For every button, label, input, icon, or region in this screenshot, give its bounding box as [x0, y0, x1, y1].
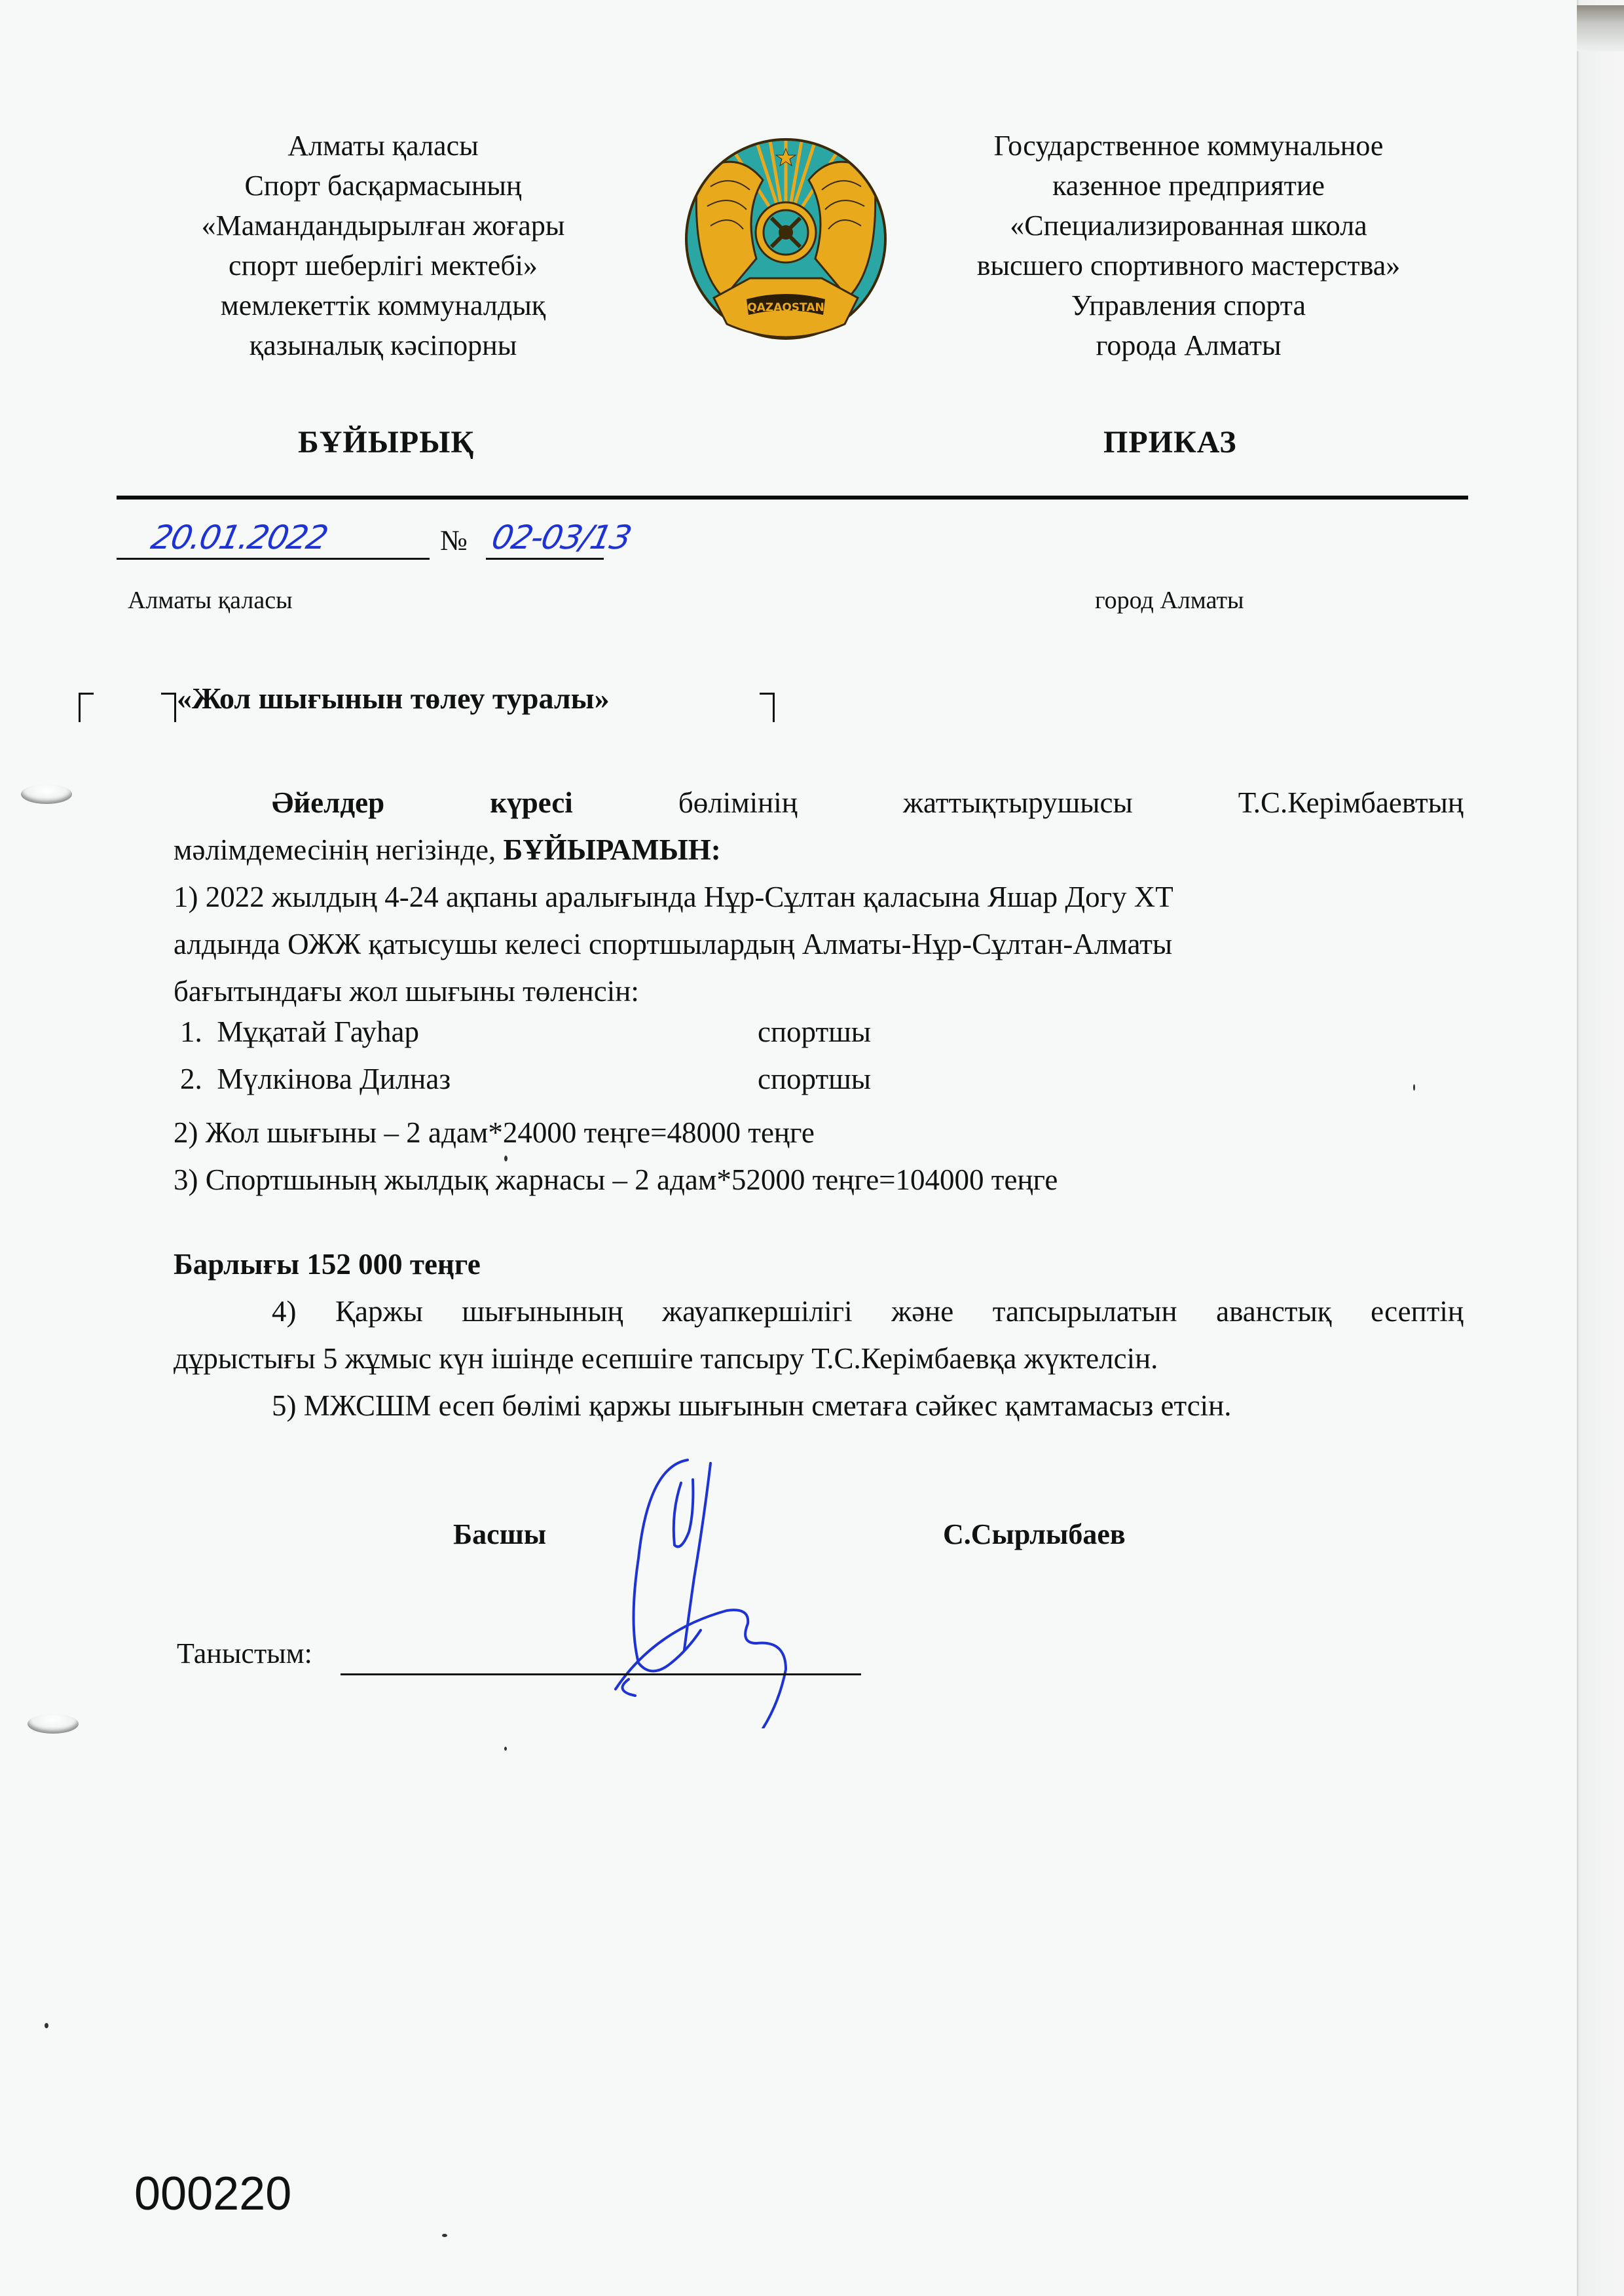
scanned-document-page: Алматы қаласы Спорт басқармасының «Маман…	[0, 0, 1624, 2296]
order-item-4-line-1: 4) Қаржы шығынының жауапкершілігі және т…	[174, 1288, 1464, 1335]
emblem-text: QAZAQSTAN	[747, 301, 824, 314]
scan-speck	[504, 1156, 507, 1161]
order-item-5: 5) МЖСШМ есеп бөлімі қаржы шығынын смета…	[174, 1382, 1464, 1429]
item1-line: алдында ОЖЖ қатысушы келесі спортшыларды…	[174, 920, 1464, 968]
acquainted-signature-line[interactable]	[341, 1673, 861, 1675]
header-line: Алматы қаласы	[138, 126, 629, 166]
total-amount: Барлығы 152 000 теңге	[174, 1241, 1464, 1288]
athlete-num: 1.	[180, 1015, 202, 1048]
athlete-name: Мүлкінова Дилназ	[217, 1063, 451, 1095]
scan-speck	[504, 1747, 507, 1751]
header-kazakh: Алматы қаласы Спорт басқармасының «Маман…	[138, 126, 629, 365]
scan-edge-shadow	[1577, 5, 1624, 51]
athlete-role: спортшы	[758, 1015, 871, 1049]
header-line: Управления спорта	[910, 285, 1467, 325]
order-word: БҰЙЫРАМЫН:	[503, 833, 720, 866]
subject-bracket-left	[79, 693, 94, 722]
subject-bracket-right	[760, 693, 775, 722]
handwritten-signature-icon	[576, 1453, 943, 1728]
doc-type-russian: ПРИКАЗ	[1103, 424, 1237, 460]
kazakhstan-emblem-icon: QAZAQSTAN	[678, 134, 894, 350]
athlete-name: Мұқатай Гауһар	[217, 1015, 419, 1048]
intro-line-2: мәлімдемесінің негізінде, БҰЙЫРАМЫН:	[174, 826, 1464, 873]
header-line: города Алматы	[910, 325, 1467, 365]
order-item-3: 3) Спортшының жылдық жарнасы – 2 адам*52…	[174, 1156, 1464, 1203]
punch-hole-icon	[28, 1714, 79, 1734]
header-divider	[117, 496, 1468, 500]
header-line: спорт шеберлігі мектебі»	[138, 246, 629, 285]
athlete-num: 2.	[180, 1063, 202, 1095]
header-line: Спорт басқармасының	[138, 166, 629, 206]
signer-position: Басшы	[453, 1518, 546, 1551]
order-item-4-line-2: дұрыстығы 5 жұмыс күн ішінде есепшіге та…	[174, 1335, 1464, 1382]
sheet-number: 000220	[134, 2167, 291, 2221]
intro-line-1: Әйелдер күресі бөлімінің жаттықтырушысы …	[174, 779, 1464, 826]
date-underline	[117, 558, 430, 560]
header-line: Государственное коммунальное	[910, 126, 1467, 166]
header-line: высшего спортивного мастерства»	[910, 246, 1467, 285]
athlete-role: спортшы	[758, 1062, 871, 1096]
number-underline	[486, 558, 604, 560]
order-item-2: 2) Жол шығыны – 2 адам*24000 теңге=48000…	[174, 1109, 1464, 1156]
intro-rest: бөлімінің жаттықтырушысы Т.С.Керімбаевты…	[573, 786, 1464, 819]
item1-line: бағытындағы жол шығыны төленсін:	[174, 968, 1464, 1015]
doc-type-kazakh: БҰЙЫРЫҚ	[298, 424, 474, 460]
order-item-1: 1) 2022 жылдың 4-24 ақпаны аралығында Нұ…	[174, 873, 1464, 1015]
header-line: «Специализированная школа	[910, 206, 1467, 246]
handwritten-number: 02-03/13	[489, 519, 634, 556]
header-line: казенное предприятие	[910, 166, 1467, 206]
header-line: қазыналық кәсіпорны	[138, 325, 629, 365]
athlete-row: 1. Мұқатай Гауһар	[180, 1015, 419, 1049]
intro-line2-text: мәлімдемесінің негізінде,	[174, 833, 503, 866]
subject-bracket-mid	[161, 693, 176, 722]
scan-page-edge	[1577, 0, 1624, 2296]
header-line: мемлекеттік коммуналдық	[138, 285, 629, 325]
signer-name: С.Сырлыбаев	[943, 1518, 1126, 1551]
scan-speck	[442, 2234, 447, 2237]
item1-line: 1) 2022 жылдың 4-24 ақпаны аралығында Нұ…	[174, 873, 1464, 920]
header-line: «Мамандандырылған жоғары	[138, 206, 629, 246]
scan-speck	[45, 2023, 48, 2028]
order-subject: «Жол шығынын төлеу туралы»	[177, 681, 610, 716]
department-name: Әйелдер күресі	[272, 786, 573, 819]
athlete-row: 2. Мүлкінова Дилназ	[180, 1062, 451, 1096]
place-kazakh: Алматы қаласы	[128, 586, 293, 615]
handwritten-date: 20.01.2022	[148, 519, 331, 556]
header-russian: Государственное коммунальное казенное пр…	[910, 126, 1467, 365]
punch-hole-icon	[21, 784, 72, 804]
acquainted-label: Таныстым:	[177, 1637, 312, 1670]
number-sign: №	[440, 524, 468, 557]
place-russian: город Алматы	[1095, 586, 1244, 615]
scan-speck	[1413, 1084, 1415, 1091]
